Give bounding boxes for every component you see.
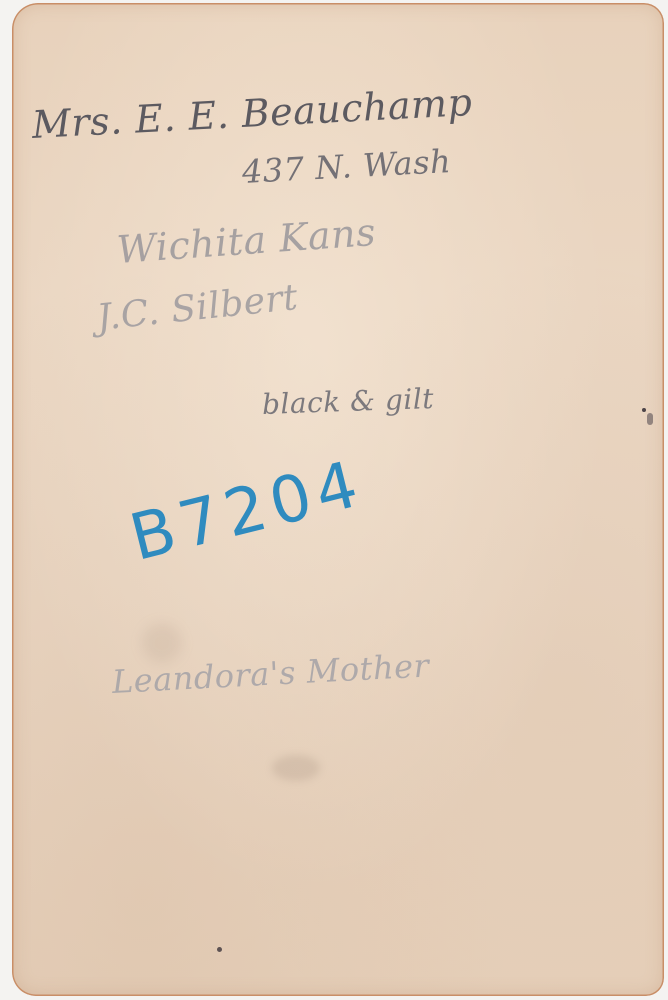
ink-dot-mark-bottom (217, 947, 222, 952)
photo-card-back: Mrs. E. E. Beauchamp 437 N. Wash Wichita… (12, 3, 664, 996)
stain-mark (272, 755, 320, 781)
edge-smudge-mark (647, 413, 653, 425)
handwritten-name: Mrs. E. E. Beauchamp (31, 80, 474, 147)
handwritten-city: Wichita Kans (115, 210, 377, 272)
handwritten-address: 437 N. Wash (241, 142, 452, 191)
scan-background: Mrs. E. E. Beauchamp 437 N. Wash Wichita… (0, 0, 668, 1000)
handwritten-catalog-number: B7204 (123, 447, 371, 576)
handwritten-photographer: J.C. Silbert (95, 277, 300, 339)
faint-stain-mark (142, 623, 182, 663)
ink-dot-mark (642, 408, 646, 412)
handwritten-frame-note: black & gilt (261, 382, 434, 421)
